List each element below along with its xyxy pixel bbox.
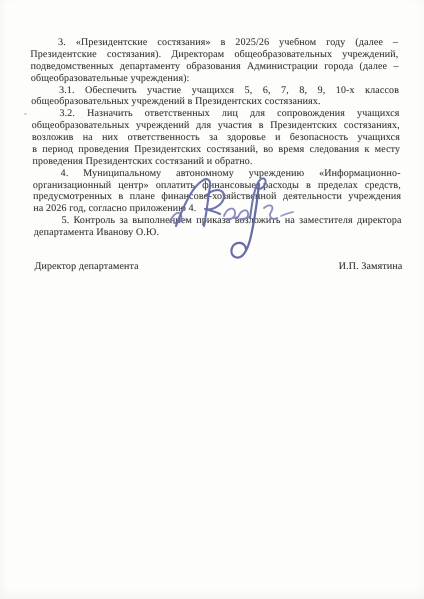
signer-position-label: Директор департамента: [34, 261, 139, 273]
text-line: возложив на них ответственность за здоро…: [32, 132, 400, 144]
text-line: подведомственных департаменту образовани…: [30, 61, 398, 73]
text-line: Президентские состязания). Директорам об…: [30, 49, 398, 61]
text-line: 3.1. Обеспечить участие учащихся 5, 6, 7…: [31, 85, 399, 97]
text-line: на 2026 год, согласно приложению 4.: [33, 203, 401, 215]
signature-row: Директор департамента И.П. Замятина: [34, 261, 402, 273]
text-line: 4. Муниципальному автономному учреждению…: [33, 168, 401, 180]
text-line: 5. Контроль за выполнением приказа возло…: [33, 215, 401, 227]
text-line: департамента Иванову О.Ю.: [34, 227, 402, 239]
text-line: общеобразовательные учреждения):: [31, 73, 399, 85]
signer-name: И.П. Замятина: [339, 261, 403, 273]
text-line: организационный центр» оплатить финансов…: [33, 180, 401, 192]
scan-artifact-speck: [24, 113, 27, 115]
document-page: 3. «Президентские состязания» в 2025/26 …: [0, 0, 424, 599]
text-line: проведения Президентских состязаний и об…: [32, 156, 400, 168]
text-line: 3. «Президентские состязания» в 2025/26 …: [30, 37, 398, 49]
text-line: предусмотренных в плане финансово-хозяйс…: [33, 191, 401, 203]
text-line: в период проведения Президентских состяз…: [32, 144, 400, 156]
document-body: 3. «Президентские состязания» в 2025/26 …: [30, 37, 403, 273]
text-line: общеобразовательных учреждений для участ…: [32, 120, 400, 132]
text-line: общеобразовательных учреждений в Президе…: [31, 96, 399, 108]
text-line: 3.2. Назначить ответственных лиц для соп…: [31, 108, 399, 120]
document-paragraphs: 3. «Президентские состязания» в 2025/26 …: [30, 37, 402, 239]
